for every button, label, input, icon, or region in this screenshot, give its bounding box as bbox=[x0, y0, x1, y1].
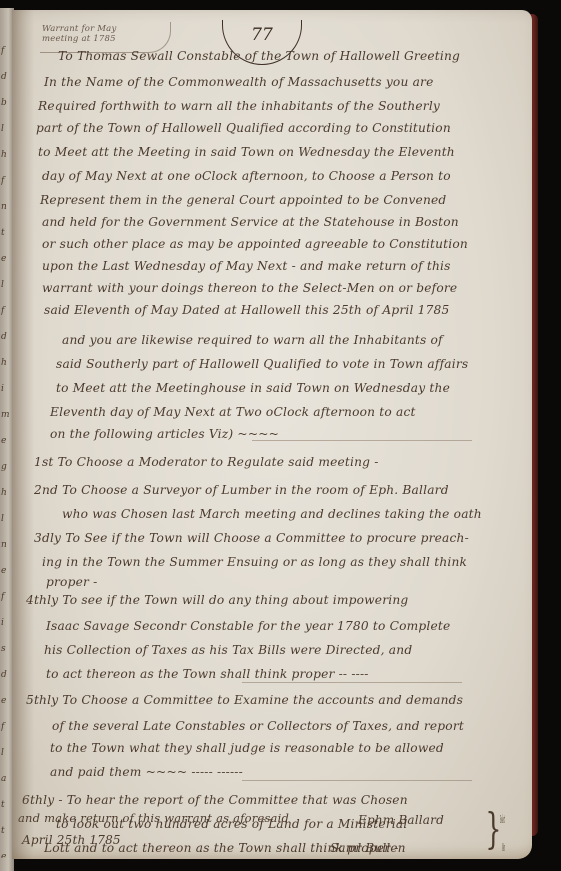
manuscript-line: 5thly To Choose a Committee to Examine t… bbox=[26, 692, 463, 708]
closing-return-line: and make return of this warrant as afore… bbox=[18, 810, 289, 826]
manuscript-line: and held for the Government Service at t… bbox=[42, 214, 459, 230]
manuscript-line: Required forthwith to warn all the inhab… bbox=[38, 98, 440, 114]
manuscript-line: and you are likewise required to warn al… bbox=[62, 332, 443, 348]
manuscript-line: Eleventh day of May Next at Two oClock a… bbox=[50, 404, 416, 420]
filler-rule bbox=[242, 682, 462, 683]
manuscript-line: who was Chosen last March meeting and de… bbox=[62, 506, 482, 522]
signature-brace: } bbox=[485, 808, 501, 850]
manuscript-line: Represent them in the general Court appo… bbox=[40, 192, 446, 208]
manuscript-line: warrant with your doings thereon to the … bbox=[42, 280, 457, 296]
manuscript-line: ing in the Town the Summer Ensuing or as… bbox=[42, 554, 467, 570]
manuscript-line: 1st To Choose a Moderator to Regulate sa… bbox=[34, 454, 379, 470]
manuscript-line: 6thly - To hear the report of the Commit… bbox=[22, 792, 408, 808]
men-label: Men bbox=[502, 840, 505, 856]
manuscript-line: to Meet att the Meetinghouse in said Tow… bbox=[56, 380, 450, 396]
manuscript-line: Isaac Savage Secondr Constable for the y… bbox=[46, 618, 450, 634]
manuscript-line: of the several Late Constables or Collec… bbox=[52, 718, 464, 734]
closing-date: April 25th 1785 bbox=[22, 832, 121, 848]
manuscript-line: and paid them ~~~~ ----- ------ bbox=[50, 764, 243, 780]
manuscript-line: or such other place as may be appointed … bbox=[42, 236, 468, 252]
margin-note: Warrant for May meeting at 1785 bbox=[42, 24, 182, 44]
manuscript-line: part of the Town of Hallowell Qualified … bbox=[36, 120, 451, 136]
manuscript-line: In the Name of the Commonwealth of Massa… bbox=[44, 74, 434, 90]
select-label: Select bbox=[500, 812, 505, 828]
signer-1: Ephm Ballard bbox=[358, 812, 444, 828]
manuscript-line: 3dly To See if the Town will Choose a Co… bbox=[34, 530, 469, 546]
manuscript-line: to act thereon as the Town shall think p… bbox=[46, 666, 369, 682]
manuscript-page: Warrant for May meeting at 1785 77 To Th… bbox=[12, 10, 532, 859]
filler-rule bbox=[242, 780, 472, 781]
margin-note-line-2: meeting at 1785 bbox=[42, 34, 182, 44]
margin-note-line-1: Warrant for May bbox=[42, 24, 182, 34]
signer-2: Saml Bullen bbox=[330, 840, 406, 856]
manuscript-line: upon the Last Wednesday of May Next - an… bbox=[42, 258, 451, 274]
manuscript-line: proper - bbox=[46, 574, 97, 590]
manuscript-line: on the following articles Viz) ~~~~ bbox=[50, 426, 279, 442]
manuscript-line: 2nd To Choose a Surveyor of Lumber in th… bbox=[34, 482, 449, 498]
manuscript-line: day of May Next at one oClock afternoon,… bbox=[42, 168, 451, 184]
manuscript-line: to the Town what they shall judge is rea… bbox=[50, 740, 444, 756]
filler-rule bbox=[252, 440, 472, 441]
manuscript-line: 4thly To see if the Town will do any thi… bbox=[26, 592, 408, 608]
manuscript-line: said Southerly part of Hallowell Qualifi… bbox=[56, 356, 468, 372]
manuscript-line: said Eleventh of May Dated at Hallowell … bbox=[44, 302, 449, 318]
manuscript-line: to Meet att the Meeting in said Town on … bbox=[38, 144, 455, 160]
manuscript-line: To Thomas Sewall Constable of the Town o… bbox=[58, 48, 460, 64]
manuscript-line: his Collection of Taxes as his Tax Bills… bbox=[44, 642, 412, 658]
